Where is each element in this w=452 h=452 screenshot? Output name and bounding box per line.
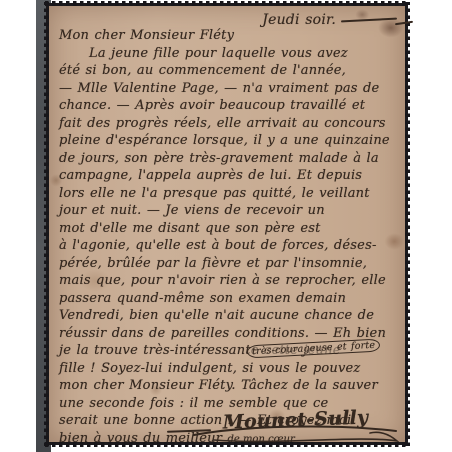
letter-line: à l'agonie, qu'elle est à bout de forces… [59, 237, 405, 255]
letter-line: fait des progrès réels, elle arrivait au… [59, 115, 405, 133]
dateline-text: Jeudi soir. [262, 12, 336, 28]
letter-line: de jours, son père très-gravement malade… [59, 150, 405, 168]
letter-line: lors elle ne l'a presque pas quitté, le … [59, 185, 405, 203]
letter-line: Vendredi, bien qu'elle n'ait aucune chan… [59, 307, 405, 325]
letter-line: passera quand-même son examen demain [59, 290, 405, 308]
letter-line: mais que, pour n'avoir rien à se reproch… [59, 272, 405, 290]
salutation: Mon cher Monsieur Fléty [59, 27, 405, 45]
letter-photo: Jeudi soir. Mon cher Monsieur Fléty La j… [0, 0, 452, 452]
letter-line: campagne, l'appela auprès de lui. Et dep… [59, 167, 405, 185]
perforation-top-edge [45, 1, 409, 6]
letter-line: pleine d'espérance lorsque, il y a une q… [59, 132, 405, 150]
letter-line: été si bon, au commencement de l'année, [59, 62, 405, 80]
letter-line: — Mlle Valentine Page, — n'a vraiment pa… [59, 80, 405, 98]
letter-card: Jeudi soir. Mon cher Monsieur Fléty La j… [46, 3, 408, 445]
signature-block: Mounet-Sully [188, 409, 403, 445]
letter-line: mot d'elle me disant que son père est [59, 220, 405, 238]
letter-line: mon cher Monsieur Fléty. Tâchez de la sa… [59, 377, 405, 395]
letter-line: chance. — Après avoir beaucoup travaillé… [59, 97, 405, 115]
letter-line: fille ! Soyez-lui indulgent, si vous le … [59, 360, 405, 378]
letter-line: pérée, brûlée par la fièvre et par l'ins… [59, 255, 405, 273]
letter-body: Mon cher Monsieur Fléty La jeune fille p… [59, 27, 405, 447]
perforation-right-edge [405, 2, 410, 446]
letter-line: jour et nuit. — Je viens de recevoir un [59, 202, 405, 220]
ink-dash-mark [395, 21, 413, 25]
dateline: Jeudi soir. [262, 12, 397, 28]
dateline-flourish [341, 18, 397, 23]
letter-line: La jeune fille pour laquelle vous avez [89, 45, 405, 63]
perforation-left-edge [44, 2, 49, 446]
